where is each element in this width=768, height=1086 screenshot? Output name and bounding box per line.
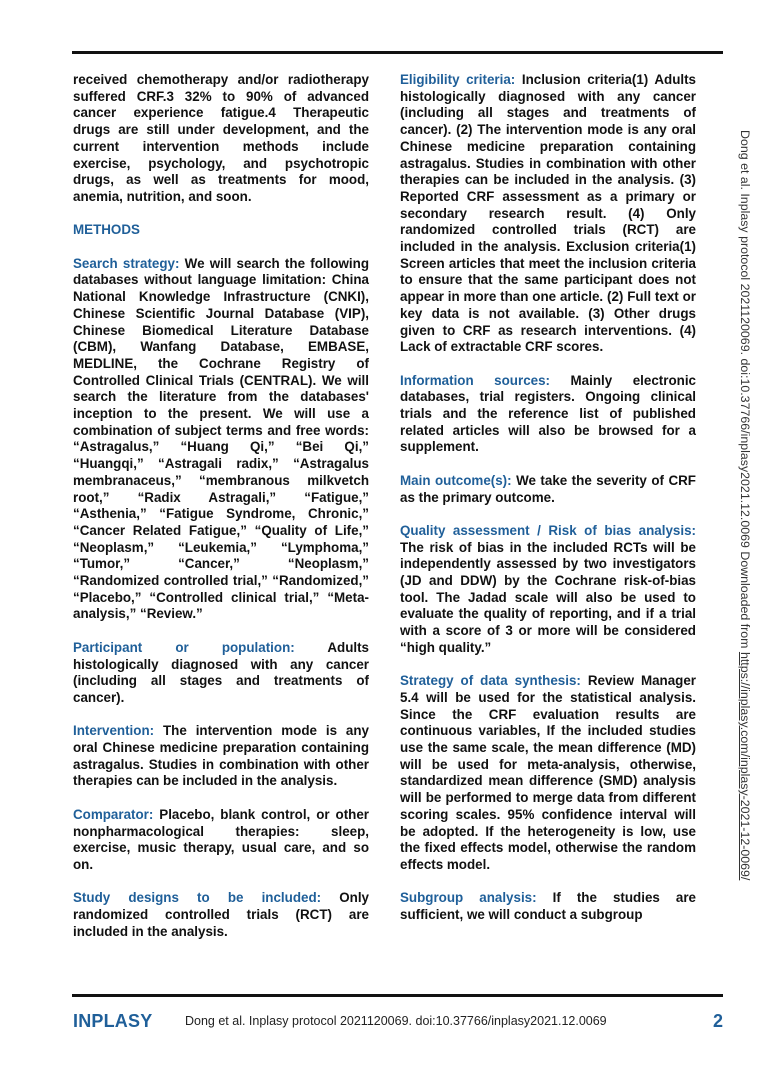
left-column: received chemotherapy and/or radiotherap… xyxy=(73,72,369,957)
section-main-outcomes: Main outcome(s): We take the severity of… xyxy=(400,473,696,506)
side-note-text: Dong et al. Inplasy protocol 2021120069.… xyxy=(738,130,752,652)
section-label: Main outcome(s): xyxy=(400,473,512,488)
top-rule xyxy=(72,51,723,54)
section-label: Search strategy: xyxy=(73,256,179,271)
methods-heading: METHODS xyxy=(73,222,369,239)
section-information-sources: Information sources: Mainly electronic d… xyxy=(400,373,696,457)
section-label: Comparator: xyxy=(73,807,153,822)
section-label: Participant or population: xyxy=(73,640,295,655)
section-label: Eligibility criteria: xyxy=(400,72,515,87)
section-label: Study designs to be included: xyxy=(73,890,321,905)
section-text: The risk of bias in the included RCTs wi… xyxy=(400,540,696,655)
section-label: Strategy of data synthesis: xyxy=(400,673,581,688)
section-label: Subgroup analysis: xyxy=(400,890,537,905)
section-data-synthesis: Strategy of data synthesis: Review Manag… xyxy=(400,673,696,873)
page-footer: INPLASY Dong et al. Inplasy protocol 202… xyxy=(73,1011,723,1033)
section-eligibility: Eligibility criteria: Inclusion criteria… xyxy=(400,72,696,356)
side-download-note: Dong et al. Inplasy protocol 2021120069.… xyxy=(738,130,752,880)
download-link[interactable]: https://inplasy.com/inplasy-2021-12-0069… xyxy=(738,652,752,880)
bottom-rule xyxy=(72,994,723,997)
section-label: Quality assessment / Risk of bias analys… xyxy=(400,523,696,538)
section-label: Intervention: xyxy=(73,723,154,738)
page-number: 2 xyxy=(713,1011,723,1032)
section-text: Inclusion criteria(1) Adults histologica… xyxy=(400,72,696,354)
section-intervention: Intervention: The intervention mode is a… xyxy=(73,723,369,790)
intro-paragraph: received chemotherapy and/or radiotherap… xyxy=(73,72,369,206)
section-text: We will search the following databases w… xyxy=(73,256,369,622)
section-text: Review Manager 5.4 will be used for the … xyxy=(400,673,696,872)
section-participant: Participant or population: Adults histol… xyxy=(73,640,369,707)
section-search-strategy: Search strategy: We will search the foll… xyxy=(73,256,369,623)
section-comparator: Comparator: Placebo, blank control, or o… xyxy=(73,807,369,874)
journal-brand: INPLASY xyxy=(73,1011,152,1032)
footer-citation: Dong et al. Inplasy protocol 2021120069.… xyxy=(185,1014,607,1028)
section-quality-assessment: Quality assessment / Risk of bias analys… xyxy=(400,523,696,657)
right-column: Eligibility criteria: Inclusion criteria… xyxy=(400,72,696,940)
section-label: Information sources: xyxy=(400,373,550,388)
section-subgroup-analysis: Subgroup analysis: If the studies are su… xyxy=(400,890,696,923)
section-study-designs: Study designs to be included: Only rando… xyxy=(73,890,369,940)
